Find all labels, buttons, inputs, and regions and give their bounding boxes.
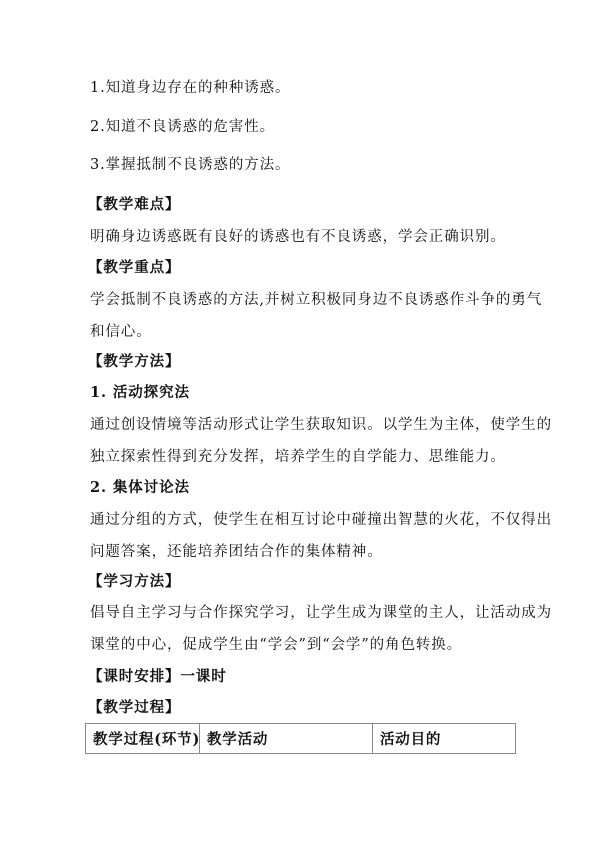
difficulty-text: 明确身边诱惑既有良好的诱惑也有不良诱惑，学会正确识别。 — [90, 227, 515, 247]
key-points-line-2: 和信心。 — [90, 322, 515, 342]
method-2-line-1: 通过分组的方式，使学生在相互讨论中碰撞出智慧的火花，不仅得出 — [90, 510, 515, 530]
objective-1: 1.知道身边存在的种种诱惑。 — [90, 78, 515, 98]
learning-methods-line-2: 课堂的中心，促成学生由“学会”到“会学”的角色转换。 — [90, 635, 515, 655]
learning-methods-line-1: 倡导自主学习与合作探究学习，让学生成为课堂的主人，让活动成为 — [90, 603, 515, 623]
column-header-process-stage: 教学过程(环节) — [86, 724, 200, 754]
difficulty-heading: 【教学难点】 — [88, 195, 513, 215]
method-1-title: 1. 活动探究法 — [90, 383, 515, 403]
teaching-methods-heading: 【教学方法】 — [88, 352, 513, 372]
learning-methods-heading: 【学习方法】 — [88, 572, 513, 592]
key-points-line-1: 学会抵制不良诱惑的方法,并树立积极同身边不良诱惑作斗争的勇气 — [90, 290, 515, 310]
method-1-line-2: 独立探索性得到充分发挥，培养学生的自学能力、思维能力。 — [90, 447, 515, 467]
column-header-teaching-activity: 教学活动 — [200, 724, 373, 754]
schedule-value: 一课时 — [180, 668, 226, 685]
teaching-process-table: 教学过程(环节) 教学活动 活动目的 — [85, 723, 516, 754]
key-points-heading: 【教学重点】 — [88, 258, 513, 278]
column-header-activity-purpose: 活动目的 — [373, 724, 516, 754]
objective-3: 3.掌握抵制不良诱惑的方法。 — [90, 155, 515, 175]
method-1-line-1: 通过创设情境等活动形式让学生获取知识。以学生为主体，使学生的 — [90, 415, 515, 435]
schedule-row: 【课时安排】一课时 — [88, 667, 513, 687]
objective-2: 2.知道不良诱惑的危害性。 — [90, 117, 515, 137]
method-2-line-2: 问题答案，还能培养团结合作的集体精神。 — [90, 542, 515, 562]
process-heading: 【教学过程】 — [88, 698, 513, 718]
schedule-heading: 【课时安排】 — [88, 668, 180, 685]
method-2-title: 2. 集体讨论法 — [90, 478, 515, 498]
table-header-row: 教学过程(环节) 教学活动 活动目的 — [86, 724, 516, 754]
